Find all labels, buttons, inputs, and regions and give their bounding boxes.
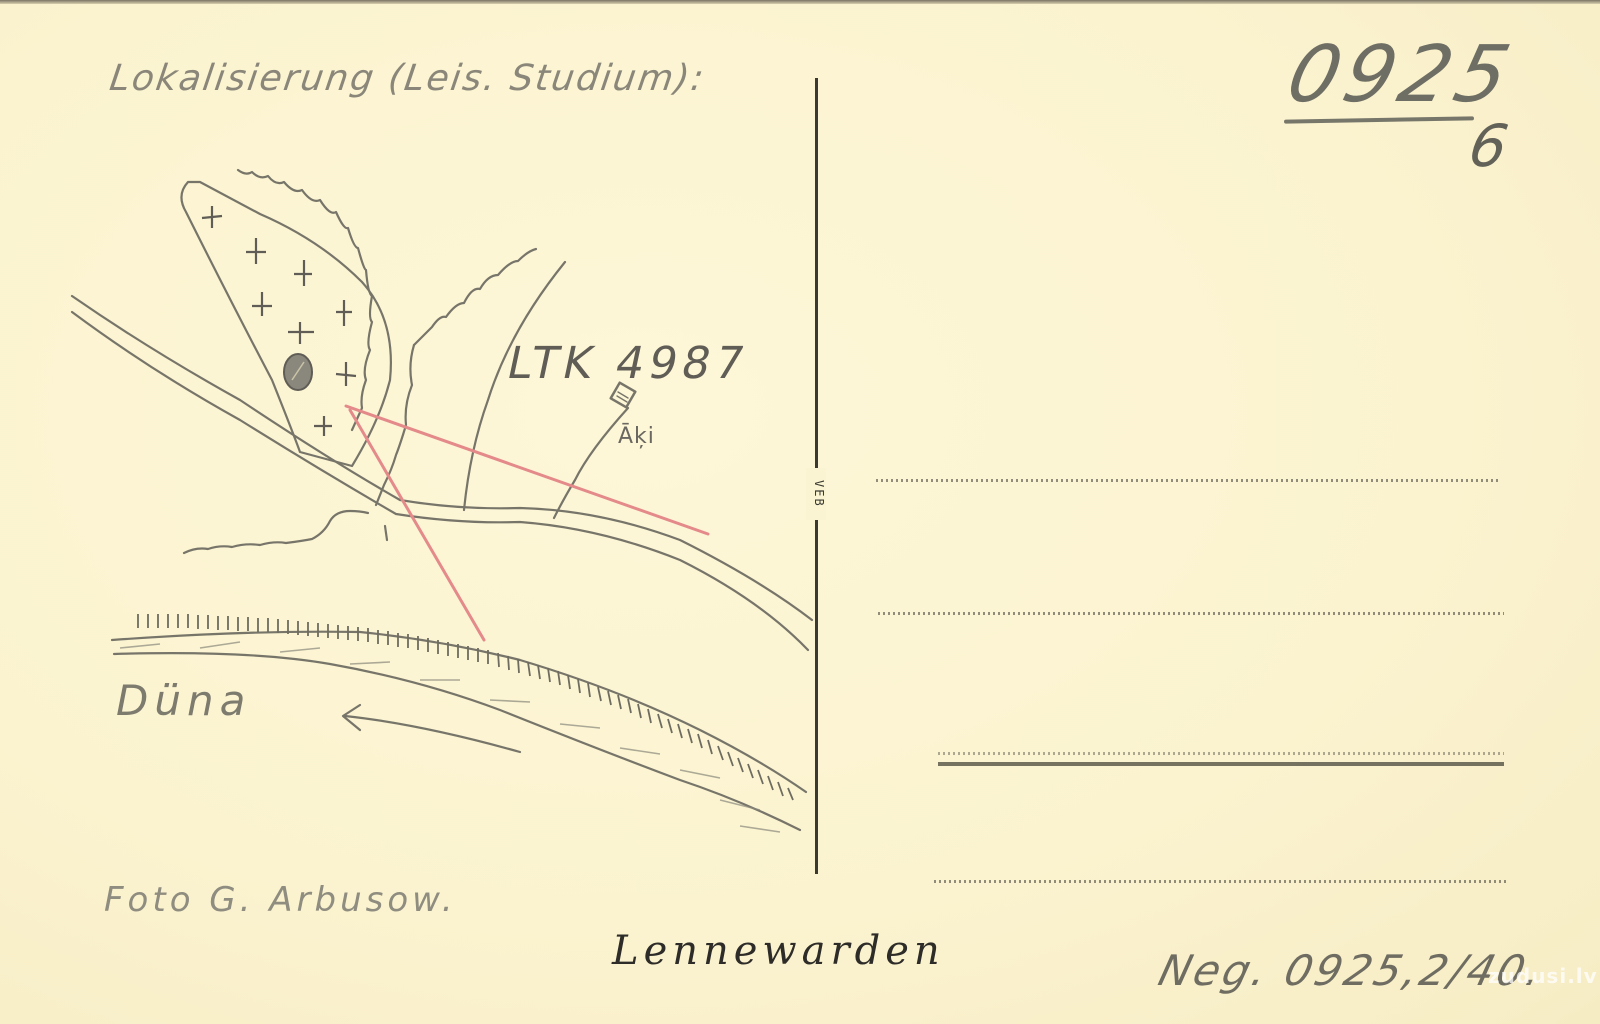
red-line-south: [350, 410, 484, 640]
side-path: [184, 511, 368, 553]
address-line-4: [934, 880, 1508, 883]
postcard-back: Lokalisierung (Leis. Studium): 0925 6: [0, 0, 1600, 1024]
cemetery-crosses: [202, 206, 356, 436]
address-line-2: [878, 612, 1504, 615]
place-name: Lennewarden: [612, 928, 945, 974]
address-line-3-dots: [938, 752, 1504, 755]
site-label-ltk: LTK 4987: [503, 338, 754, 389]
watermark: zudusi.lv: [1488, 964, 1598, 988]
river-flow-arrow-line: [345, 716, 520, 752]
point-label-aki: Āķi: [618, 424, 655, 449]
photo-credit: Foto G. Arbusow.: [104, 880, 457, 920]
address-line-3: [938, 762, 1504, 766]
address-line-1: [876, 479, 1500, 482]
side-path-tick: [385, 526, 387, 540]
forest-edge: [238, 170, 372, 430]
river-label-duna: Düna: [116, 676, 251, 725]
stream-main: [376, 345, 414, 505]
sketch-map: [0, 0, 1600, 1024]
divider-text: VEB: [806, 468, 826, 520]
